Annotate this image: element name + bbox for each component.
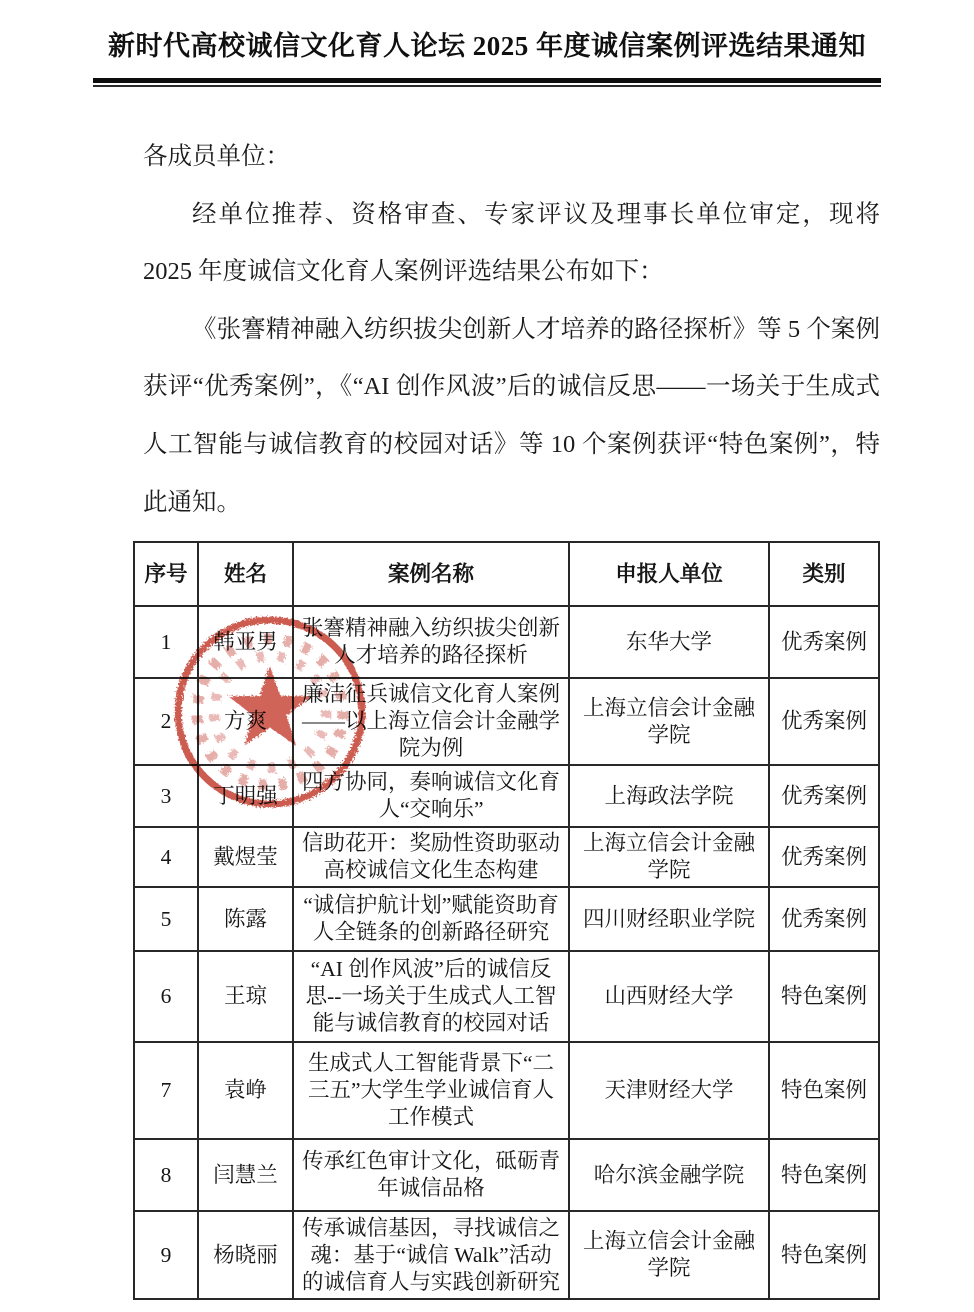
- cell-unit: 上海政法学院: [569, 765, 769, 827]
- cell-case-name: “诚信护航计划”赋能资助育人全链条的创新路径研究: [293, 887, 569, 951]
- cell-unit: 哈尔滨金融学院: [569, 1139, 769, 1211]
- table-row: 3 丁明强 四方协同，奏响诚信文化育人“交响乐” 上海政法学院 优秀案例: [134, 765, 879, 827]
- cell-category: 特色案例: [769, 1139, 879, 1211]
- cell-name: 韩亚男: [198, 606, 293, 678]
- document-body: 各成员单位： 经单位推荐、资格审查、专家评议及理事长单位审定，现将 2025 年…: [143, 128, 880, 531]
- col-header-case-name: 案例名称: [293, 542, 569, 606]
- divider-thick-rule: [93, 78, 881, 83]
- table-row: 4 戴煜莹 信助花开：奖励性资助驱动高校诚信文化生态构建 上海立信会计金融学院 …: [134, 827, 879, 887]
- paragraph-1: 经单位推荐、资格审查、专家评议及理事长单位审定，现将 2025 年度诚信文化育人…: [143, 186, 880, 301]
- cell-name: 闫慧兰: [198, 1139, 293, 1211]
- col-header-name: 姓名: [198, 542, 293, 606]
- cell-name: 戴煜莹: [198, 827, 293, 887]
- cell-unit: 上海立信会计金融学院: [569, 827, 769, 887]
- cell-category: 优秀案例: [769, 827, 879, 887]
- cell-unit: 天津财经大学: [569, 1042, 769, 1139]
- cell-unit: 上海立信会计金融学院: [569, 1211, 769, 1299]
- cell-no: 3: [134, 765, 198, 827]
- cell-case-name: 传承红色审计文化，砥砺青年诚信品格: [293, 1139, 569, 1211]
- table-header-row: 序号 姓名 案例名称 申报人单位 类别: [134, 542, 879, 606]
- cell-name: 方爽: [198, 678, 293, 765]
- table-row: 7 袁峥 生成式人工智能背景下“二三五”大学生学业诚信育人工作模式 天津财经大学…: [134, 1042, 879, 1139]
- cell-no: 7: [134, 1042, 198, 1139]
- cell-unit: 山西财经大学: [569, 951, 769, 1042]
- cell-case-name: 张謇精神融入纺织拔尖创新人才培养的路径探析: [293, 606, 569, 678]
- salutation: 各成员单位：: [143, 128, 880, 186]
- cell-case-name: 四方协同，奏响诚信文化育人“交响乐”: [293, 765, 569, 827]
- cell-category: 特色案例: [769, 1211, 879, 1299]
- results-table: 序号 姓名 案例名称 申报人单位 类别 1 韩亚男 张謇精神融入纺织拔尖创新人才…: [133, 541, 880, 1300]
- cell-category: 特色案例: [769, 1042, 879, 1139]
- cell-no: 9: [134, 1211, 198, 1299]
- title-divider: [93, 78, 881, 87]
- cell-case-name: 廉洁征兵诚信文化育人案例——以上海立信会计金融学院为例: [293, 678, 569, 765]
- cell-name: 杨晓丽: [198, 1211, 293, 1299]
- cell-category: 优秀案例: [769, 765, 879, 827]
- table-row: 2 方爽 廉洁征兵诚信文化育人案例——以上海立信会计金融学院为例 上海立信会计金…: [134, 678, 879, 765]
- cell-no: 6: [134, 951, 198, 1042]
- document-title: 新时代高校诚信文化育人论坛 2025 年度诚信案例评选结果通知: [60, 24, 914, 63]
- cell-category: 优秀案例: [769, 887, 879, 951]
- cell-unit: 东华大学: [569, 606, 769, 678]
- table-row: 5 陈露 “诚信护航计划”赋能资助育人全链条的创新路径研究 四川财经职业学院 优…: [134, 887, 879, 951]
- col-header-category: 类别: [769, 542, 879, 606]
- cell-category: 优秀案例: [769, 606, 879, 678]
- paragraph-2: 《张謇精神融入纺织拔尖创新人才培养的路径探析》等 5 个案例获评“优秀案例”，《…: [143, 301, 880, 531]
- document-page: 新时代高校诚信文化育人论坛 2025 年度诚信案例评选结果通知 各成员单位： 经…: [0, 0, 974, 1312]
- table-row: 9 杨晓丽 传承诚信基因，寻找诚信之魂：基于“诚信 Walk”活动的诚信育人与实…: [134, 1211, 879, 1299]
- cell-name: 王琼: [198, 951, 293, 1042]
- table-row: 8 闫慧兰 传承红色审计文化，砥砺青年诚信品格 哈尔滨金融学院 特色案例: [134, 1139, 879, 1211]
- cell-case-name: 传承诚信基因，寻找诚信之魂：基于“诚信 Walk”活动的诚信育人与实践创新研究: [293, 1211, 569, 1299]
- cell-no: 2: [134, 678, 198, 765]
- cell-category: 优秀案例: [769, 678, 879, 765]
- cell-category: 特色案例: [769, 951, 879, 1042]
- cell-case-name: 生成式人工智能背景下“二三五”大学生学业诚信育人工作模式: [293, 1042, 569, 1139]
- cell-name: 袁峥: [198, 1042, 293, 1139]
- cell-unit: 四川财经职业学院: [569, 887, 769, 951]
- cell-no: 5: [134, 887, 198, 951]
- divider-thin-rule: [93, 85, 881, 87]
- cell-case-name: 信助花开：奖励性资助驱动高校诚信文化生态构建: [293, 827, 569, 887]
- cell-name: 陈露: [198, 887, 293, 951]
- cell-no: 4: [134, 827, 198, 887]
- col-header-unit: 申报人单位: [569, 542, 769, 606]
- col-header-no: 序号: [134, 542, 198, 606]
- cell-no: 8: [134, 1139, 198, 1211]
- cell-unit: 上海立信会计金融学院: [569, 678, 769, 765]
- table-row: 6 王琼 “AI 创作风波”后的诚信反思--一场关于生成式人工智能与诚信教育的校…: [134, 951, 879, 1042]
- cell-name: 丁明强: [198, 765, 293, 827]
- cell-no: 1: [134, 606, 198, 678]
- cell-case-name: “AI 创作风波”后的诚信反思--一场关于生成式人工智能与诚信教育的校园对话: [293, 951, 569, 1042]
- table-row: 1 韩亚男 张謇精神融入纺织拔尖创新人才培养的路径探析 东华大学 优秀案例: [134, 606, 879, 678]
